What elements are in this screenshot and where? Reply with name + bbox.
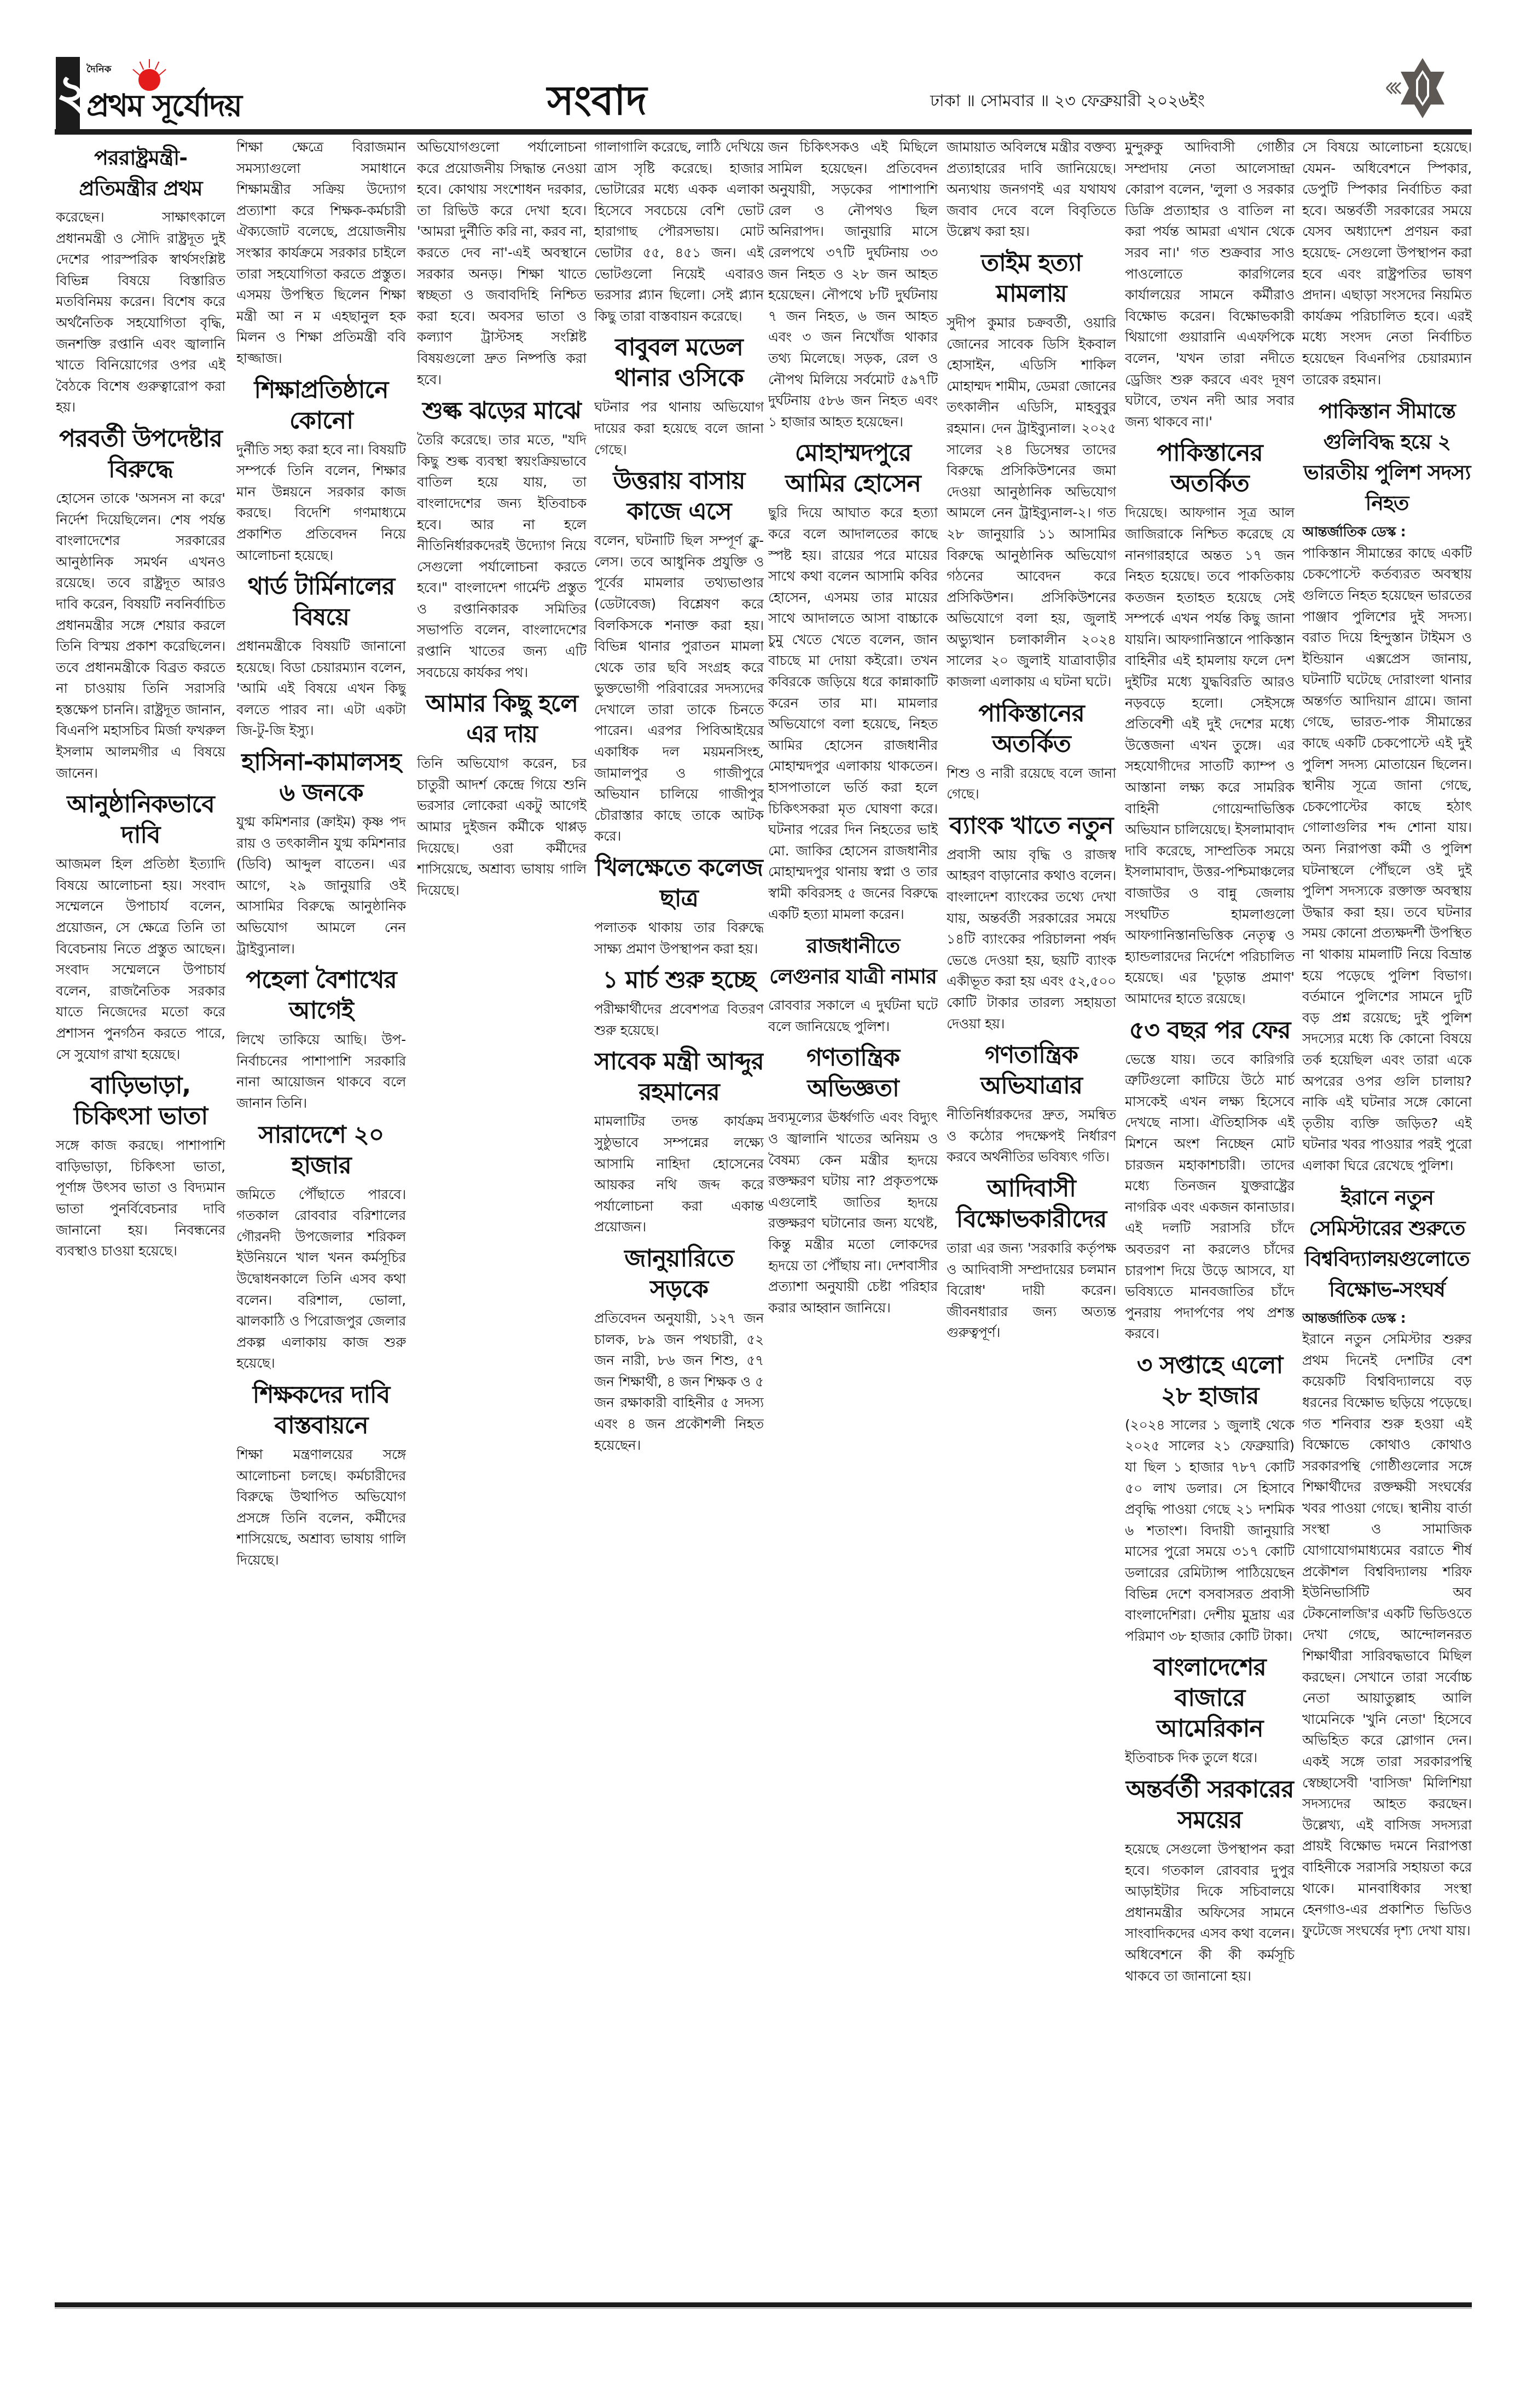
headline: বাড়িভাড়া, চিকিৎসা ভাতা [56,1070,225,1132]
sun-ray-icon [140,61,144,70]
article-body: পাকিস্তান সীমান্তের কাছে একটি চেকপোস্টে … [1302,543,1472,1177]
brand-name: প্রথম সূর্যোদয় [86,82,241,134]
article-body: ছুরি দিয়ে আঘাত করে হত্যা করে বলে আদালতে… [768,502,938,925]
headline: জানুয়ারিতে সড়কে [594,1243,764,1305]
article-body: পলাতক থাকায় তার বিরুদ্ধে সাক্ষ্য প্রমাণ… [594,917,764,959]
sun-ray-icon [155,61,160,70]
headline: মোহাম্মদপুরে আমির হোসেন [768,438,938,499]
article-body: মুন্দুরুকু আদিবাসী গোষ্ঠীর সম্প্রদায় নে… [1125,137,1295,432]
headline: রাজধানীতে লেগুনার যাত্রী নামার [768,930,938,992]
headline: পাকিস্তান সীমান্তে গুলিবিদ্ধ হয়ে ২ ভারত… [1302,396,1472,518]
footer-rule [55,2302,1472,2307]
headline: পাকিস্তানের অতর্কিত [947,698,1116,760]
sun-ray-icon [149,59,150,68]
section-title: সংবাদ [547,70,647,137]
headline: ইরানে নতুন সেমিস্টারের শুরুতে বিশ্ববিদ্য… [1302,1182,1472,1305]
article-body: আজমল হিল প্রতিষ্ঠা ইত্যাদি বিষয়ে আলোচনা… [56,854,225,1065]
sun-ray-icon [132,69,140,76]
headline: তাইম হত্যা মামলায় [947,248,1116,309]
star-emblem-icon [1384,58,1444,118]
article-body: ইতিবাচক দিক তুলে ধরে। [1125,1747,1295,1769]
article-body: জন চিকিৎসকও এই মিছিলে সামিল হয়েছেন। প্র… [768,137,938,432]
article-body: প্রতিবেদন অনুযায়ী, ১২৭ জন চালক, ৮৯ জন প… [594,1308,764,1456]
article-body: জামায়াত অবিলম্বে মন্ত্রীর বক্তব্য প্রত্… [947,137,1116,242]
column-3: অভিযোগগুলো পর্যালোচনা করে প্রয়োজনীয় সি… [417,137,587,2296]
column-1: পররাষ্ট্রমন্ত্রী-প্রতিমন্ত্রীর প্রথমকরেছ… [56,137,225,2296]
article-body: পরীক্ষার্থীদের প্রবেশপত্র বিতরণ শুরু হয়… [594,999,764,1041]
headline: বাংলাদেশের বাজারে আমেরিকান [1125,1652,1295,1744]
article-body: নীতিনির্ধারকদের দ্রুত, সমন্বিত ও কঠোর পদ… [947,1104,1116,1168]
article-body: হোসেন তাকে 'অসনস না করে' নির্দেশ দিয়েছি… [56,488,225,784]
article-body: জমিতে পৌঁছাতে পারবে। গতকাল রোববার বরিশাল… [236,1184,406,1374]
newspaper-logo: দৈনিক প্রথম সূর্যোদয় [86,58,207,129]
column-2: শিক্ষা ক্ষেত্রে বিরাজমান সমস্যাগুলো সমাধ… [236,137,406,2296]
article-body: গালাগালি করেছে, লাঠি দেখিয়ে ত্রাস সৃষ্ট… [594,137,764,327]
article-body: প্রবাসী আয় বৃদ্ধি ও রাজস্ব আহরণ বাড়ানো… [947,844,1116,1034]
header-rule [55,129,1472,135]
column-6: জামায়াত অবিলম্বে মন্ত্রীর বক্তব্য প্রত্… [947,137,1116,2296]
article-body: মামলাটির তদন্ত কার্যক্রম সুষ্ঠুভাবে সম্প… [594,1111,764,1238]
article-body: যুগ্ম কমিশনার (ক্রাইম) কৃষ্ণ পদ রায় ও ত… [236,812,406,959]
headline: সাবেক মন্ত্রী আব্দুর রহমানের [594,1046,764,1108]
article-body: রোববার সকালে এ দুর্ঘটনা ঘটে বলে জানিয়েছ… [768,995,938,1037]
headline: আদিবাসী বিক্ষোভকারীদের [947,1173,1116,1235]
article-body: (২০২৪ সালের ১ জুলাই থেকে ২০২৫ সালের ২১ ফ… [1125,1415,1295,1647]
article-body: সুদীপ কুমার চক্রবর্তী, ওয়ারি জোনের সাবে… [947,312,1116,693]
article-body: ইরানে নতুন সেমিস্টার শুরুর প্রথম দিনেই দ… [1302,1329,1472,1941]
article-body: দুর্নীতি সহ্য করা হবে না। বিষয়টি সম্পর্… [236,439,406,566]
dateline-kicker: আন্তর্জাতিক ডেস্ক : [1302,1310,1406,1326]
article-body: তিনি অভিযোগ করেন, চর চাতুরী আদর্শ কেন্দ্… [417,753,587,901]
headline: শুল্ক ঝড়ের মাঝে [417,396,587,426]
headline: ১ মার্চ শুরু হচ্ছে [594,965,764,995]
article-body: ঘটনার পর থানায় অভিযোগ দায়ের করা হয়েছে… [594,397,764,460]
page-number: ২ [56,57,80,129]
headline: পরবর্তী উপদেষ্টার বিরুদ্ধে [56,424,225,485]
article-body: শিশু ও নারী রয়েছে বলে জানা গেছে। [947,763,1116,805]
article-body: হয়েছে সেগুলো উপস্থাপন করা হবে। গতকাল রো… [1125,1839,1295,1987]
sun-ray-icon [159,69,166,76]
headline: গণতান্ত্রিক অভিজ্ঞতা [768,1043,938,1104]
headline: গণতান্ত্রিক অভিযাত্রার [947,1040,1116,1101]
headline: খিলক্ষেতে কলেজ ছাত্র [594,853,764,914]
column-5: জন চিকিৎসকও এই মিছিলে সামিল হয়েছেন। প্র… [768,137,938,2296]
article-body: প্রধানমন্ত্রীকে বিষয়টি জানানো হয়েছে। ব… [236,636,406,742]
headline: ৩ সপ্তাহে এলো ২৮ হাজার [1125,1350,1295,1411]
column-7: মুন্দুরুকু আদিবাসী গোষ্ঠীর সম্প্রদায় নে… [1125,137,1295,2296]
headline: হাসিনা-কামালসহ ৬ জনকে [236,747,406,808]
headline: আমার কিছু হলে এর দায় [417,688,587,750]
article-body: সঙ্গে কাজ করছে। পাশাপাশি বাড়িভাড়া, চিক… [56,1135,225,1262]
headline: উত্তরায় বাসায় কাজে এসে [594,466,764,527]
dateline-kicker: আন্তর্জাতিক ডেস্ক : [1302,524,1406,540]
headline: পহেলা বৈশাখের আগেই [236,965,406,1026]
headline: শিক্ষাপ্রতিষ্ঠানে কোনো [236,375,406,436]
headline: বাবুবল মডেল থানার ওসিকে [594,332,764,393]
headline: ৫৩ বছর পর ফের [1125,1015,1295,1046]
headline: থার্ড টার্মিনালের বিষয়ে [236,571,406,633]
footer-rule-thin [55,2308,1472,2309]
article-body: দিয়েছে। আফগান সূত্র আল জাজিরাকে নিশ্চিত… [1125,502,1295,1009]
dateline: ঢাকা ॥ সোমবার ॥ ২৩ ফেব্রুয়ারী ২০২৬ইং [930,88,1205,115]
column-4: গালাগালি করেছে, লাঠি দেখিয়ে ত্রাস সৃষ্ট… [594,137,764,2296]
article-body: অভিযোগগুলো পর্যালোচনা করে প্রয়োজনীয় সি… [417,137,587,390]
article-body: তৈরি করেছে। তার মতে, "যদি কিছু শুল্ক ব্য… [417,430,587,683]
column-8: সে বিষয়ে আলোচনা হয়েছে। যেমন- অধিবেশনে … [1302,137,1472,2296]
article-body: তারা এর জন্য 'সরকারি কর্তৃপক্ষ ও আদিবাসী… [947,1238,1116,1344]
brand-prefix: দৈনিক [86,61,111,78]
masthead: ২ দৈনিক প্রথম সূর্যোদয় সংবাদ ঢাকা ॥ সোম… [55,55,1477,137]
article-body: করেছেন। সাক্ষাৎকালে প্রধানমন্ত্রী ও সৌদি… [56,207,225,418]
headline: পাকিস্তানের অতর্কিত [1125,438,1295,499]
article-body: শিক্ষা ক্ষেত্রে বিরাজমান সমস্যাগুলো সমাধ… [236,137,406,369]
article-body: বলেন, ঘটনাটি ছিল সম্পূর্ণ ক্লু-লেস। তবে … [594,530,764,847]
article-body: সে বিষয়ে আলোচনা হয়েছে। যেমন- অধিবেশনে … [1302,137,1472,390]
article-body: ভেস্তে যায়। তবে কারিগরি ত্রুটিগুলো কাটি… [1125,1049,1295,1345]
article-body: দ্রব্যমূল্যের ঊর্ধ্বগতি এবং বিদ্যুৎ ও জ্… [768,1107,938,1318]
headline: আনুষ্ঠানিকভাবে দাবি [56,789,225,850]
headline: ব্যাংক খাতে নতুন [947,811,1116,841]
headline: অন্তর্বর্তী সরকারের সময়ের [1125,1774,1295,1836]
headline: পররাষ্ট্রমন্ত্রী-প্রতিমন্ত্রীর প্রথম [56,142,225,204]
headline: সারাদেশে ২০ হাজার [236,1120,406,1181]
article-body: লিখে তাকিয়ে আছি। উপ-নির্বাচনের পাশাপাশি… [236,1029,406,1114]
headline: শিক্ষকদের দাবি বাস্তবায়নে [236,1380,406,1441]
article-body: শিক্ষা মন্ত্রণালয়ের সঙ্গে আলোচনা চলছে। … [236,1444,406,1571]
